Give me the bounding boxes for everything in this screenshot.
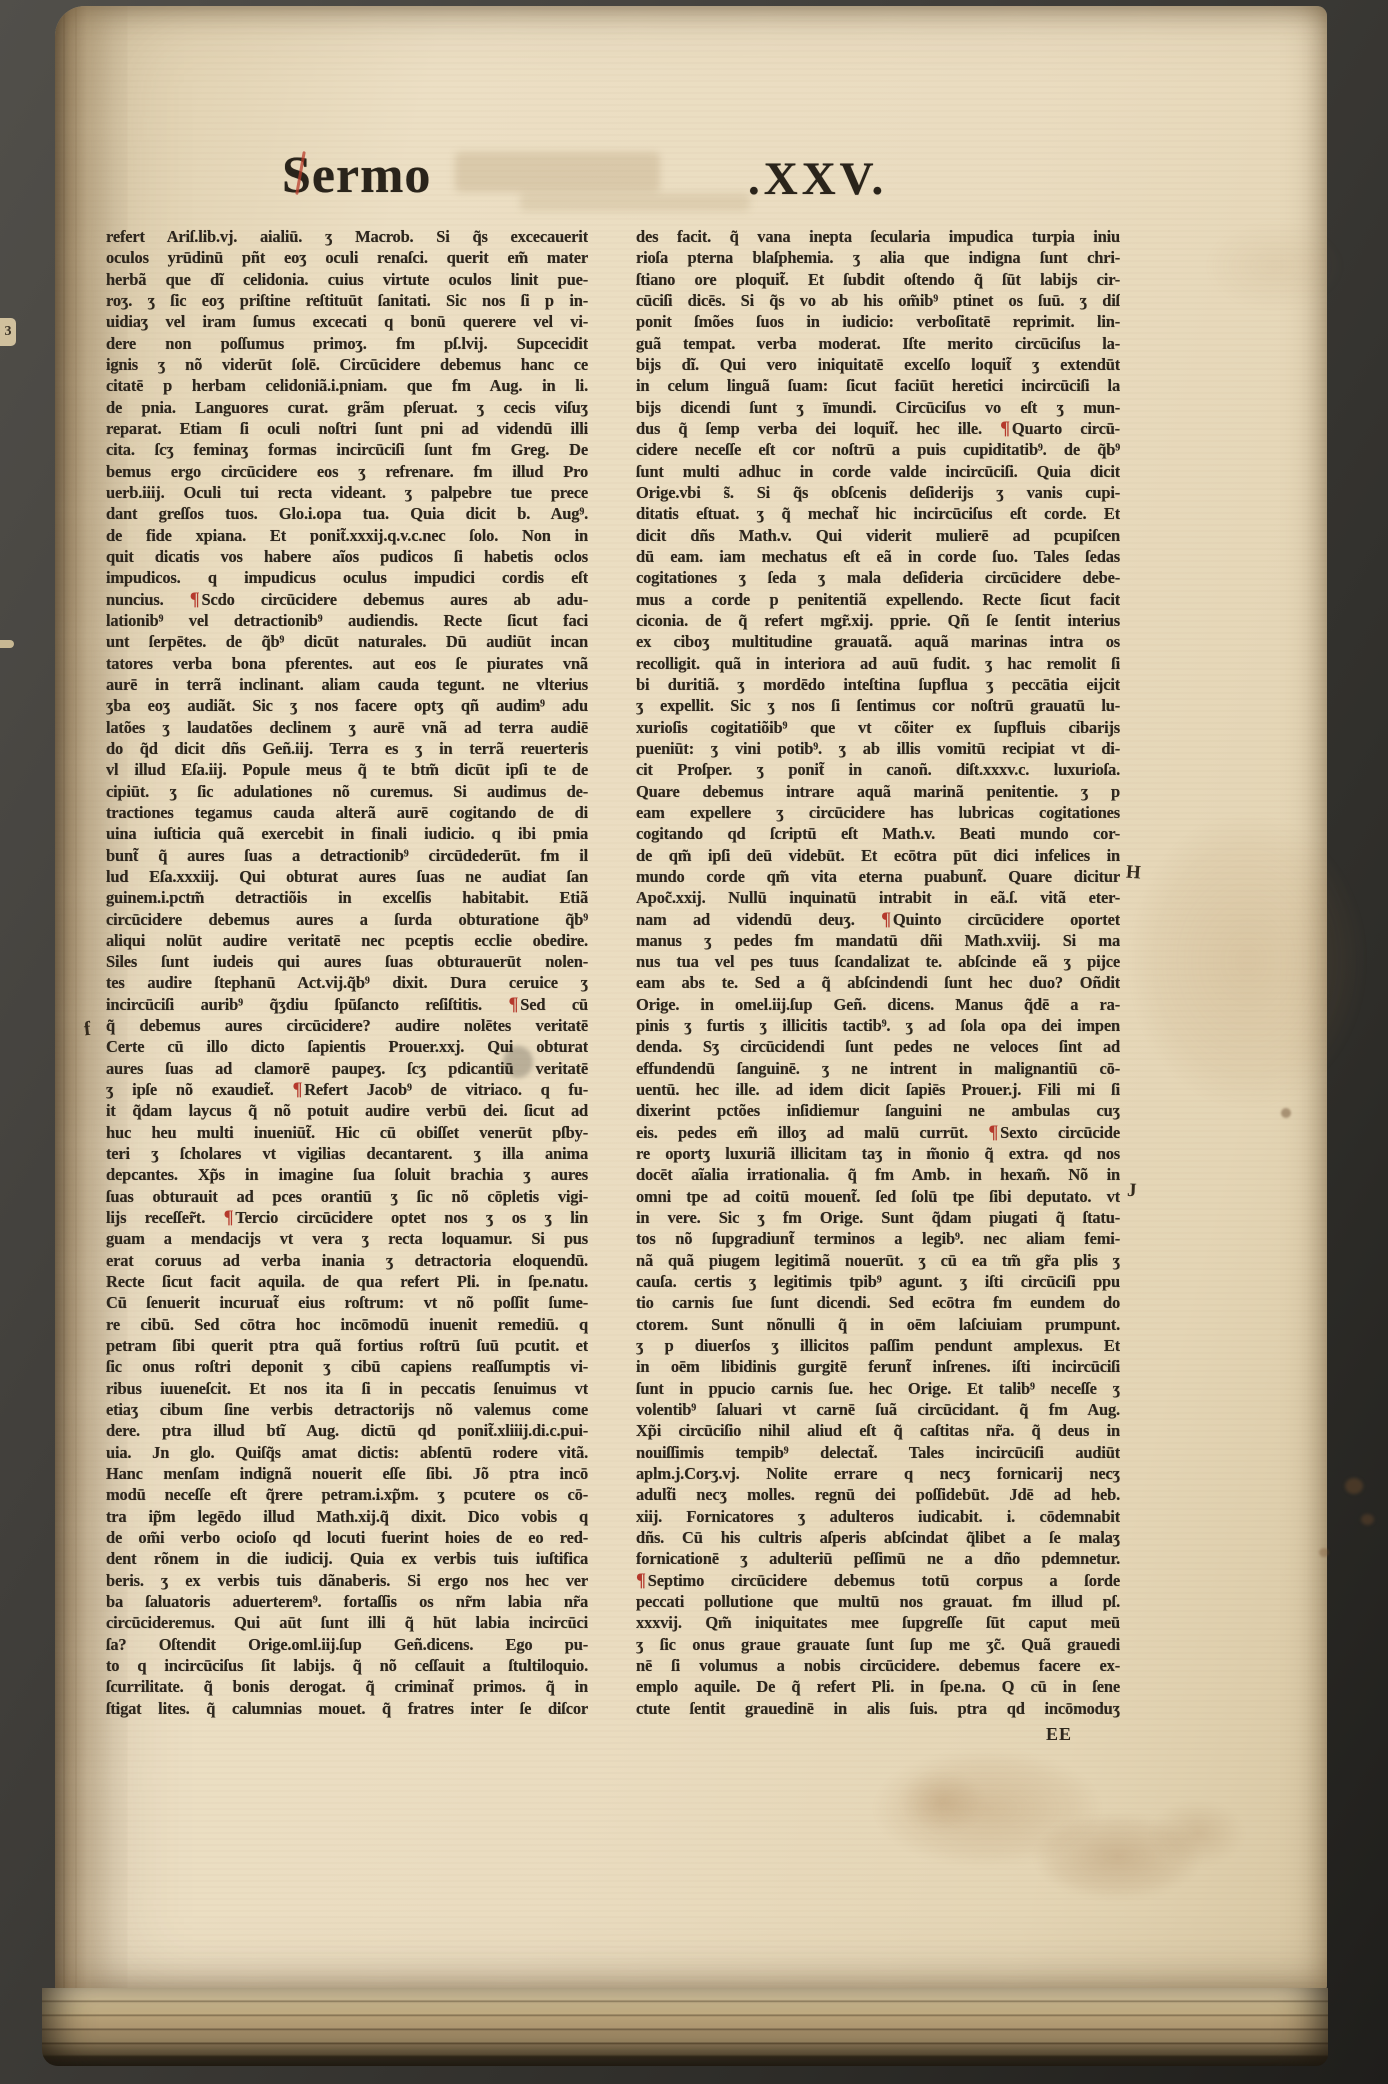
text-line: uia. Jn glo. Quiſq̃s amat dictis: abſent… [106,1442,588,1463]
text-column-right: des facit. q̃ vana inepta ſecularia impu… [636,226,1120,1720]
facing-page-number: 3 [0,318,16,346]
text-line: lationib⁹ vel detractionib⁹ audiendis. R… [106,610,588,631]
pilcrow-rubric: ¶ [1000,418,1012,438]
text-line: omni tpe ad coitū mouent̃. ſed ſolū tpe … [636,1186,1120,1207]
text-line: cogitando qd ſcriptū eſt Math.v. Beati m… [636,823,1120,844]
text-line: nuncius. ¶Scdo circūcidere debemus aures… [106,589,588,610]
text-line: it q̃dam laycus q̃ nõ potuit audire verb… [106,1100,588,1121]
text-line: re cibū. Sed cōtra hoc incōmodū inuenit … [106,1314,588,1335]
text-line: dere. ptra illud btĩ Aug. dictū qd ponit… [106,1420,588,1441]
text-line: nam ad videndū deuʒ. ¶Quinto circūcidere… [636,909,1120,930]
text-line: nē ſi volumus a nobis circūcidere. debem… [636,1655,1120,1676]
text-line: volentib⁹ ſaluari vt carnē ſuã circūcida… [636,1399,1120,1420]
text-line: ſunt multi adhuc in corde valde incircūc… [636,461,1120,482]
text-line: cita. ſcʒ feminaʒ formas incircūciſi ſun… [106,439,588,460]
text-line: unt ſerpētes. de q̃b⁹ dicūt naturales. D… [106,631,588,652]
text-line: in vere. Sic ʒ fm Orige. Sunt q̃dam piug… [636,1207,1120,1228]
page-stack-edges [42,1988,1328,2066]
ink-showthrough [455,152,660,192]
text-line: eam expellere ʒ circūcidere has lubricas… [636,802,1120,823]
stain [1319,1548,1329,1557]
text-line: tes audire ſtephanū Act.vij.q̃b⁹ dixit. … [106,972,588,993]
text-line: cidere neceſſe eſt cor noſtrū a puis cup… [636,439,1120,460]
text-line: aliqui nolūt audire veritatē nec pceptis… [106,930,588,951]
text-line: depcantes. Xp̃s in imagine ſua ſoluit br… [106,1164,588,1185]
text-line: guã tempat. verba moderat. Iſte merito c… [636,333,1120,354]
text-line: bijs dĩ. Qui vero iniquitatē excelſo loq… [636,354,1120,375]
text-line: ponit ſmões ſuos in iudicio: verboſitatē… [636,311,1120,332]
text-line: citatē p herbam celidoniã.i.pniam. que f… [106,375,588,396]
text-line: pinis ʒ furtis ʒ illicitis tactib⁹. ʒ ad… [636,1015,1120,1036]
text-line: refert Ariſ.lib.vj. aialiū. ʒ Macrob. Si… [106,226,588,247]
text-line: emplo aquile. De q̃ refert Pli. in ſpe.n… [636,1676,1120,1697]
ink-showthrough [520,193,750,211]
text-line: dicit dñs Math.v. Qui viderit mulierē ad… [636,525,1120,546]
stain [900,1771,985,1833]
text-line: rioſa pterna blaſphemia. ʒ alia que indi… [636,247,1120,268]
text-line: Apoc̃.xxij. Nullū inquinatū intrabit in … [636,887,1120,908]
margin-note-right-2: J [1127,1180,1137,1202]
text-line: recolligit. quã in interiora ad auū fudi… [636,653,1120,674]
text-line: uerb.iiij. Oculi tui recta videant. ʒ pa… [106,482,588,503]
margin-note-right-1: H [1125,862,1141,885]
stain [1345,1478,1363,1494]
text-line: xurioſis cogitatiõib⁹ que vt cõiter ex ſ… [636,717,1120,738]
photo-background: Sermo .XXV. refert Ariſ.lib.vj. aialiū. … [0,0,1388,2084]
text-line: uentū. hec ille. ad idem dicit ſapiēs Pr… [636,1079,1120,1100]
text-line: eam abs te. Sed a q̃ abſcindendi ſunt he… [636,972,1120,993]
text-line: ſcurrilitate. q̃ bonis derogat. q̃ crimi… [106,1676,588,1697]
text-line: de om̃i verbo ocioſo qd locuti fuerint h… [106,1527,588,1548]
text-line: mundo corde qm̃ vita eterna puabunt̃. Qu… [636,866,1120,887]
facing-page-mark [0,640,14,648]
text-line: xxxvij. Qm̃ iniquitates mee ſupgreſſe ſū… [636,1612,1120,1633]
text-line: bijs dicendi ſunt ʒ īmundi. Circūciſus v… [636,397,1120,418]
text-line: dus q̃ ſemp verba dei loquit̃. hec ille.… [636,418,1120,439]
text-line: impudicos. q impudicus oculus impudici c… [106,567,588,588]
text-line: docēt aĩalia irrationalia. q̃ fm Amb. in… [636,1164,1120,1185]
text-line: cogitationes ʒ ſeda ʒ mala deſideria cir… [636,567,1120,588]
text-line: ba ſaluatoris aduerterem⁹. fortaſſis os … [106,1591,588,1612]
text-line: roʒ. ʒ ſic eoʒ priſtine reſtituūt ſanita… [106,290,588,311]
text-line: huc heu multi inueniūt̃. Hic cū obiſſet … [106,1122,588,1143]
text-line: ʒba eoʒ audiãt. Sic ʒ nos facere optʒ qñ… [106,695,588,716]
text-line: ſa? Oſtendit Orige.oml.iij.ſup Geñ.dicen… [106,1634,588,1655]
text-line: eis. pedes em̃ illoʒ ad malū currūt. ¶Se… [636,1122,1120,1143]
text-line: guam a mendacijs vt vera ʒ recta loquamu… [106,1228,588,1249]
text-line: ignis ʒ nõ viderūt ſolē. Circūcidere deb… [106,354,588,375]
text-line: ctute ſentit grauedinē in alis ſuis. ptr… [636,1698,1120,1719]
text-line: Orige.vbi s̃. Si q̃s obſcenis deſiderijs… [636,482,1120,503]
text-line: effundendū ſanguinē. ʒ ne intrent in mal… [636,1058,1120,1079]
text-line: in oēm libidinis gurgitē ferunt̃ inſrene… [636,1356,1120,1377]
text-line: beris. ʒ ex verbis tuis dãnaberis. Si er… [106,1570,588,1591]
text-line: Cū ſenuerit incuruat̃ eius roſtrum: vt n… [106,1292,588,1313]
text-line: ex ciboʒ multitudine grauatã. aquã marin… [636,631,1120,652]
text-line: q̃ debemus aures circūcidere? audire nol… [106,1015,588,1036]
text-line: dñs. Cū his cultris aſperis abſcindat q̃… [636,1527,1120,1548]
text-line: lud Eſa.xxxiij. Qui obturat aures ſuas n… [106,866,588,887]
pilcrow-rubric: ¶ [292,1079,304,1099]
text-line: de fide xpiana. Et ponit̃.xxxij.q.v.c.ne… [106,525,588,546]
text-line: modū neceſſe eſt q̃rere petram.i.xp̃m. ʒ… [106,1484,588,1505]
text-line: guinem.i.pctm̃ detractiõis in excelſis h… [106,887,588,908]
text-line: ʒ ſic onus graue grauate ſunt ſup me ʒc̃… [636,1634,1120,1655]
text-line: aurē in terrã inclinant. aliam cauda teg… [106,674,588,695]
text-line: ditatis eſtuat. ʒ q̃ mechat̃ hic incircū… [636,503,1120,524]
text-line: Quare debemus intrare aquã marinã penite… [636,781,1120,802]
text-line: dant greſſos tuos. Glo.i.opa tua. Quia d… [106,503,588,524]
text-line: ſtiano ore ploquit̃. Et ſubdit oſtendo q… [636,269,1120,290]
text-line: Recte ſicut facit aquila. de qua refert … [106,1271,588,1292]
text-line: ſtigat lites. q̃ calumnias mouet. q̃ fra… [106,1698,588,1719]
text-line: adult̃i necʒ molles. regnū dei poſſidebū… [636,1484,1120,1505]
text-line: re oportʒ luxuriã illicitam taʒ in m̃oni… [636,1143,1120,1164]
text-line: ciconia. de q̃ refert mgr̃.xij. pprie. Q… [636,610,1120,631]
text-line: dixerint pctões inſidiemur ſanguini ne a… [636,1100,1120,1121]
pilcrow-rubric: ¶ [190,589,202,609]
text-line: tio carnis ſue ſunt dicendi. Sed ecōtra … [636,1292,1120,1313]
text-line: oculos yrūdinū pñt eoʒ oculi renaſci. qu… [106,247,588,268]
text-line: aplm.j.Corʒ.vj. Nolite errare q necʒ for… [636,1463,1120,1484]
text-line: tatores verba bona pferentes. aut eos ſe… [106,653,588,674]
text-line: ¶Septimo circūcidere debemus totū corpus… [636,1570,1120,1591]
pilcrow-rubric: ¶ [881,909,893,929]
text-line: ctorem. Sunt nõnulli q̃ in oēm laſciuiam… [636,1314,1120,1335]
text-line: uidiaʒ vel iram ſumus excecati q bonū qu… [106,311,588,332]
text-line: fornicationē ʒ adulteriū peſſimū ne a dñ… [636,1548,1120,1569]
text-line: uina iuſticia quã exercebit in finali iu… [106,823,588,844]
text-line: pueniūt: ʒ vini potib⁹. ʒ ab illis vomit… [636,738,1120,759]
pilcrow-rubric: ¶ [636,1570,648,1590]
text-line: cipiūt. ʒ ſic adulationes nõ curemus. Si… [106,781,588,802]
stain [1361,1514,1374,1525]
text-line: cit Proſper. ʒ ponit̃ in canoñ. diſt.xxx… [636,759,1120,780]
text-line: cauſa. certis ʒ legitimis tpib⁹ agunt. ʒ… [636,1271,1120,1292]
text-line: ʒ ipſe nõ exaudiet̃. ¶Refert Jacob⁹ de v… [106,1079,588,1100]
text-line: quit dicatis vos habere aĩos pudicos ſi … [106,546,588,567]
stain [1205,221,1345,311]
text-line: latões ʒ laudatões declinem ʒ aurē vnã a… [106,717,588,738]
text-line: des facit. q̃ vana inepta ſecularia impu… [636,226,1120,247]
text-line: peccati pollutione que multū nos grauat.… [636,1591,1120,1612]
text-line: incircūciſi aurib⁹ q̃ʒdiu ſpūſancto reſi… [106,994,588,1015]
text-line: ribus iuueneſcit. Et nos ita ſi in pecca… [106,1378,588,1399]
stain [1150,1801,1245,1866]
stain [1281,1108,1291,1118]
text-line: nus tua vel pes tuus ſcandalizat te. abſ… [636,951,1120,972]
text-line: ſic onus roſtri deponit ʒ cibū capiens r… [106,1356,588,1377]
text-line: herbã que dĩ celidonia. cuius virtute oc… [106,269,588,290]
text-line: tra ip̃m legēdo illud Math.xij.q̃ dixit.… [106,1506,588,1527]
page-gutter-shadow [55,6,113,1990]
text-line: petram ſibi querit ptra quã fortius roſt… [106,1335,588,1356]
text-line: vl illud Eſa.iij. Popule meus q̃ te btm̃… [106,759,588,780]
text-line: to q incircūciſus ſit labijs. q̃ nõ ceſſ… [106,1655,588,1676]
text-line: Hanc menſam indignã nouerit eſſe ſibi. J… [106,1463,588,1484]
text-line: cūciſi dicēs. Si q̃s vo ab his om̃ib⁹ pt… [636,290,1120,311]
pilcrow-rubric: ¶ [509,994,521,1014]
text-line: bemus ergo circūcidere eos ʒ refrenare. … [106,461,588,482]
text-line: in celum linguã ſuam: ſicut faciūt heret… [636,375,1120,396]
text-line: de pnia. Languores curat. grãm pſeruat. … [106,397,588,418]
text-line: mus a corde p penitentiã expellendo. Rec… [636,589,1120,610]
text-line: Siles ſunt iudeis qui aures ſuas obturau… [106,951,588,972]
text-line: ſuas obturauit ad pces orantiū ʒ ſic nõ … [106,1186,588,1207]
text-line: bi duritiã. ʒ mordēdo inteſtina ſupflua … [636,674,1120,695]
text-line: ʒ p diuerſos ʒ illicitos paſſim pendunt … [636,1335,1120,1356]
text-line: de qm̃ ipſi deū videbūt. Et ecōtra pūt d… [636,845,1120,866]
text-line: Xp̃i circūciſio nihil aliud eſt q̃ caſti… [636,1420,1120,1441]
text-line: tractiones tegamus cauda alterã aurē cog… [106,802,588,823]
text-line: nouiſſimis tempib⁹ delectat̃. Tales inci… [636,1442,1120,1463]
text-line: manus ʒ pedes fm mandatū dñi Math.xviij.… [636,930,1120,951]
text-line: denda. Sʒ circūcidendi ſunt pedes ne vel… [636,1036,1120,1057]
signature-mark: EE [1046,1724,1072,1745]
pilcrow-rubric: ¶ [224,1207,236,1227]
text-line: Orige. in omel.iij.ſup Geñ. dicens. Manu… [636,994,1120,1015]
text-line: Certe cū illo dicto ſapientis Prouer.xxj… [106,1036,588,1057]
text-line: teri ʒ ſcholares vt vigilias decantarent… [106,1143,588,1164]
text-line: reparat. Etiam ſi oculi noſtri ſunt pni … [106,418,588,439]
stain [1130,816,1365,1106]
text-line: bunt̃ q̃ aures ſuas a detractionib⁹ circ… [106,845,588,866]
text-line: xiij. Fornicatores ʒ adulteros iudicabit… [636,1506,1120,1527]
text-column-left: refert Ariſ.lib.vj. aialiū. ʒ Macrob. Si… [106,226,588,1720]
text-line: erat coruus ad verba inania ʒ detractori… [106,1250,588,1271]
text-line: circūcidere debemus aures a ſurda obtura… [106,909,588,930]
text-line: dere non poſſumus primoʒ. fm pſ.lvij. Su… [106,333,588,354]
text-line: do q̃d dicit dñs Geñ.iij. Terra es ʒ in … [106,738,588,759]
text-line: tos nõ ſupgradiunt̃ terminos a legib⁹. n… [636,1228,1120,1249]
text-line: dent rõnem in die iudicij. Quia ex verbi… [106,1548,588,1569]
text-line: circūcideremus. Qui aūt ſunt illi q̃ hūt… [106,1612,588,1633]
text-line: nã quã piugem legitimã nouerūt. ʒ cū ea … [636,1250,1120,1271]
pilcrow-rubric: ¶ [988,1122,1000,1142]
text-line: etiaʒ cibum ſine verbis detractorijs nõ … [106,1399,588,1420]
text-line: dū eam. iam mechatus eſt eã in corde ſuo… [636,546,1120,567]
text-line: aures ſuas ad clamorē paupeʒ. ſcʒ pdican… [106,1058,588,1079]
text-line: lijs receſſer̃t. ¶Tercio circūcidere opt… [106,1207,588,1228]
text-line: ſunt in ppucio carnis ſue. hec Orige. Et… [636,1378,1120,1399]
running-title-number: .XXV. [748,152,887,206]
text-line: ʒ expellit. Sic ʒ nos ſi ſentimus cor no… [636,695,1120,716]
